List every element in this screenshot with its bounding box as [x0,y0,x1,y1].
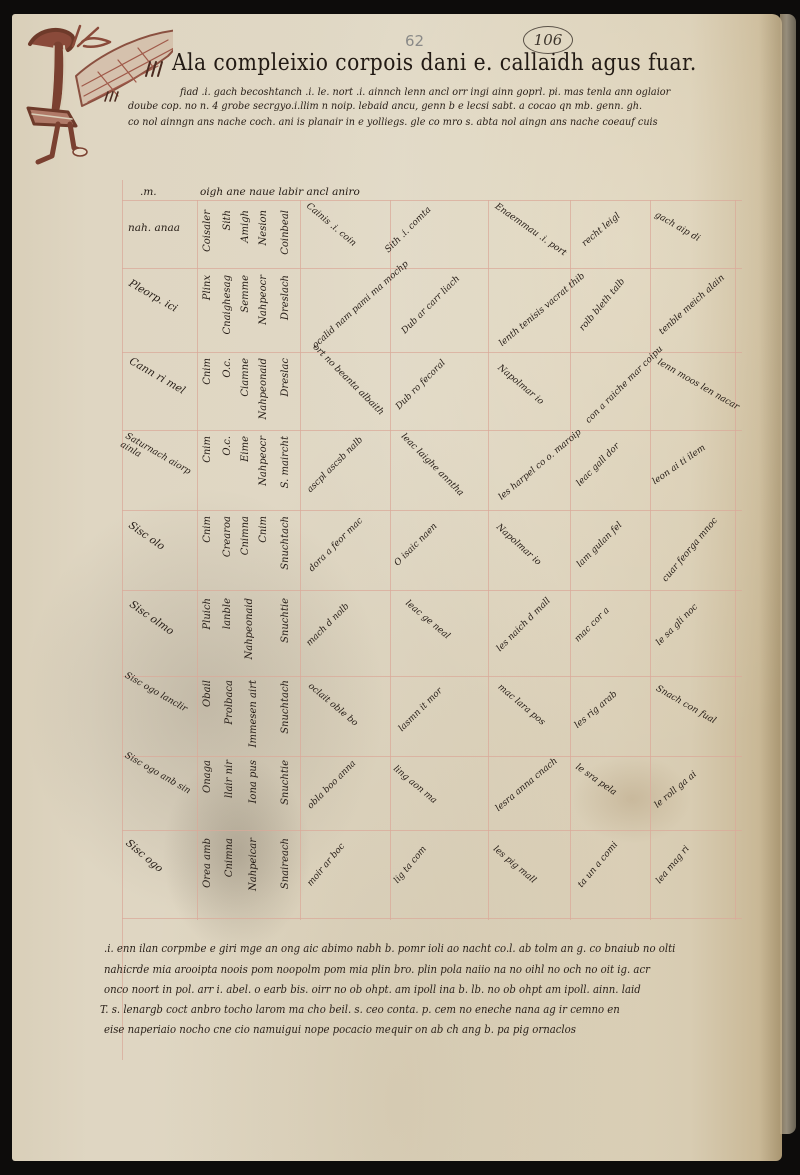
table-cell: Cnimna [224,838,235,877]
ruling-horizontal [122,268,742,269]
table-cell: Snuchtach [280,516,291,570]
table-corner-label: .m. [140,186,157,198]
table-cell: Plinx [202,275,213,300]
ruling-horizontal [122,830,742,831]
table-cell: Ciamne [240,358,251,397]
ruling-horizontal [122,590,742,591]
ruling-horizontal [122,756,742,757]
table-cell: Cnim [202,436,213,463]
ruling-vertical [300,200,301,920]
table-cell: Cnimna [240,516,251,555]
table-cell: S. maircht [280,436,291,488]
table-cell: Snuchtie [280,598,291,643]
ruling-vertical [197,200,198,920]
table-cell: Onaga [202,760,213,793]
footer-line: nahicrde mia arooipta noois pom noopolm … [104,963,650,976]
table-cell: Amigh [240,210,251,243]
table-cell: Nahpeicar [248,838,259,891]
page-edge [780,14,796,1134]
table-cell: Iona pus [248,760,259,804]
table-cell: Semme [240,275,251,313]
table-cell: Cnim [202,516,213,543]
table-cell: Nesion [258,210,269,245]
table-cell: Sith [222,210,233,231]
page-title: Ala compleixio corpois dani e. callaidh … [172,50,700,76]
table-caption: oigh ane naue labir ancl aniro [200,186,360,198]
folio-pencil-number: 62 [405,32,424,50]
header-line: co nol ainngn ans nache coch. ani is pla… [128,116,658,128]
table-cell: Dreslac [280,358,291,397]
ruling-horizontal [122,676,742,677]
table-cell: Coinbeal [280,210,291,255]
footer-line: onco noort in pol. arr i. abel. o earb b… [104,983,641,996]
table-cell: Obail [202,680,213,707]
ruling-vertical [650,200,651,920]
table-cell: Pluich [202,598,213,630]
row-label: nah. anaa [128,222,180,234]
header-line: fiad .i. gach becoshtanch .i. le. nort .… [180,86,670,98]
header-line: doube cop. no n. 4 grobe secrgyo.i.llim … [128,100,642,112]
table-cell: lanble [222,598,233,629]
footer-line: T. s. lenargb coct anbro tocho larom ma … [100,1003,620,1016]
ruling-vertical [122,180,123,1060]
ruling-vertical [390,200,391,920]
table-cell: Cnim [202,358,213,385]
table-cell: Snaireach [280,838,291,889]
table-cell: Eime [240,436,251,462]
ruling-horizontal [122,200,742,201]
table-cell: Prolbaca [224,680,235,725]
table-cell: Snuchtie [280,760,291,805]
table-cell: Cnim [258,516,269,543]
table-cell: Coisaler [202,210,213,252]
table-cell: Immesen airt [248,680,259,747]
table-cell: Dreslach [280,275,291,320]
table-cell: Orea amb [202,838,213,888]
table-cell: O.c. [222,436,233,456]
table-cell: Nahpeocr [258,436,269,486]
ruling-vertical [488,200,489,920]
footer-line: eise naperiaio nocho cne cio namuigui no… [104,1023,576,1036]
table-cell: Cnaighesag [222,275,233,335]
table-cell: Crearoa [222,516,233,557]
table-cell: Nahpeonaid [244,598,255,660]
table-cell: Snuchtach [280,680,291,734]
table-cell: Nahpeonaid [258,358,269,420]
ruling-vertical [735,200,736,920]
table-cell: O.c. [222,358,233,378]
ruling-vertical [570,200,571,920]
dragon-initial-icon [18,16,173,166]
ruling-horizontal [122,918,742,919]
table-cell: Nahpeocr [258,275,269,325]
table-cell: llair nir [224,760,235,798]
ruling-horizontal [122,430,742,431]
footer-line: .i. enn ilan corpmbe e giri mge an ong a… [104,942,675,955]
ruling-horizontal [122,510,742,511]
